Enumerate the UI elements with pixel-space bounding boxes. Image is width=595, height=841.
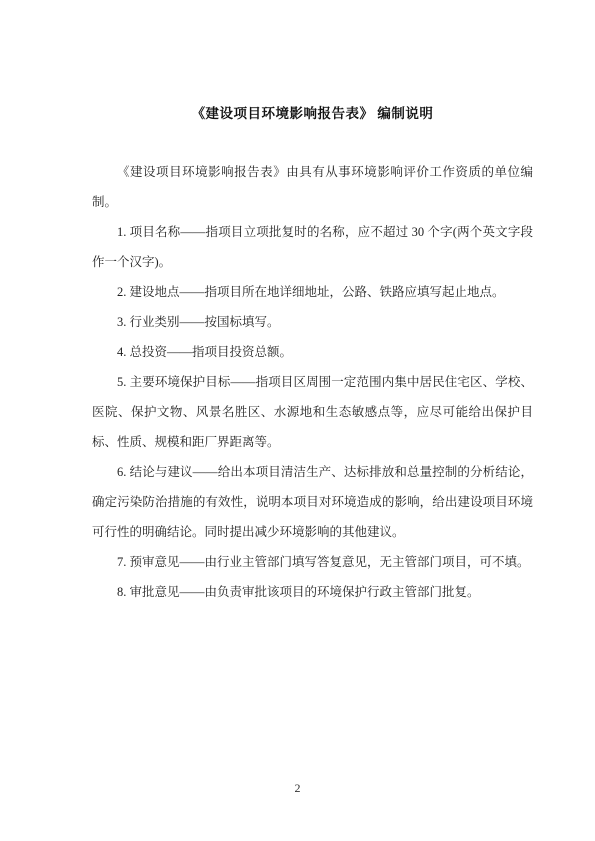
- paragraph-intro: 《建设项目环境影响报告表》由具有从事环境影响评价工作资质的单位编制。: [92, 157, 533, 217]
- paragraph-item-3: 3. 行业类别——按国标填写。: [92, 307, 533, 337]
- paragraph-item-2: 2. 建设地点——指项目所在地详细地址，公路、铁路应填写起止地点。: [92, 277, 533, 307]
- paragraph-item-4: 4. 总投资——指项目投资总额。: [92, 337, 533, 367]
- document-page: 《建设项目环境影响报告表》 编制说明 《建设项目环境影响报告表》由具有从事环境影…: [0, 0, 595, 841]
- paragraph-item-8: 8. 审批意见——由负责审批该项目的环境保护行政主管部门批复。: [92, 577, 533, 607]
- page-number: 2: [0, 780, 595, 796]
- paragraph-item-7: 7. 预审意见——由行业主管部门填写答复意见，无主管部门项目，可不填。: [92, 547, 533, 577]
- paragraph-item-5: 5. 主要环境保护目标——指项目区周围一定范围内集中居民住宅区、学校、医院、保护…: [92, 367, 533, 457]
- paragraph-item-6: 6. 结论与建议——给出本项目清洁生产、达标排放和总量控制的分析结论，确定污染防…: [92, 457, 533, 547]
- paragraph-item-1: 1. 项目名称——指项目立项批复时的名称，应不超过 30 个字(两个英文字段作一…: [92, 217, 533, 277]
- document-title: 《建设项目环境影响报告表》 编制说明: [92, 103, 533, 124]
